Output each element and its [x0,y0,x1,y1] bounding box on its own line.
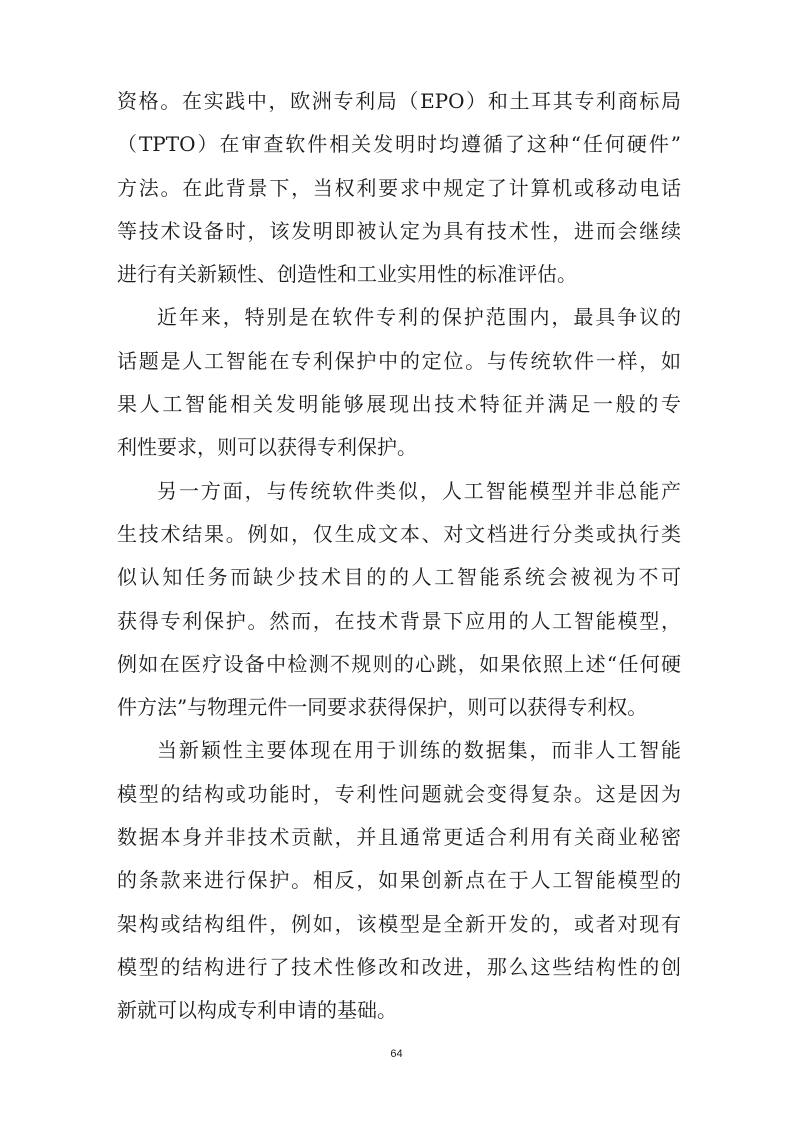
text-line: 例如在医疗设备中检测不规则的心跳，如果依照上述“任何硬 [117,643,681,686]
page-number: 64 [0,1048,793,1060]
text-line: 生技术结果。例如，仅生成文本、对文档进行分类或执行类 [117,513,681,556]
text-line: 近年来，特别是在软件专利的保护范围内，最具争议的 [117,296,681,339]
document-page: 资格。在实践中，欧洲专利局（EPO）和土耳其专利商标局 （TPTO）在审查软件相… [0,0,793,1122]
text-line: 架构或结构组件，例如，该模型是全新开发的，或者对现有 [117,903,681,946]
text-line: 利性要求，则可以获得专利保护。 [117,426,681,469]
text-line: 方法。在此背景下，当权利要求中规定了计算机或移动电话 [117,167,681,210]
text-line: 件方法”与物理元件一同要求获得保护，则可以获得专利权。 [117,686,681,729]
text-line: 新就可以构成专利申请的基础。 [117,989,681,1032]
text-line: 模型的结构进行了技术性修改和改进，那么这些结构性的创 [117,946,681,989]
text-line: 话题是人工智能在专利保护中的定位。与传统软件一样，如 [117,340,681,383]
text-line: 资格。在实践中，欧洲专利局（EPO）和土耳其专利商标局 [117,80,681,123]
text-line: 果人工智能相关发明能够展现出技术特征并满足一般的专 [117,383,681,426]
text-line: 获得专利保护。然而，在技术背景下应用的人工智能模型， [117,600,681,643]
paragraph-4: 当新颖性主要体现在用于训练的数据集，而非人工智能 模型的结构或功能时，专利性问题… [117,729,681,1032]
text-line: 进行有关新颖性、创造性和工业实用性的标准评估。 [117,253,681,296]
text-line: （TPTO）在审查软件相关发明时均遵循了这种“任何硬件” [117,123,681,166]
text-line: 数据本身并非技术贡献，并且通常更适合利用有关商业秘密 [117,816,681,859]
text-line: 当新颖性主要体现在用于训练的数据集，而非人工智能 [117,729,681,772]
text-line: 另一方面，与传统软件类似，人工智能模型并非总能产 [117,470,681,513]
paragraph-2: 近年来，特别是在软件专利的保护范围内，最具争议的 话题是人工智能在专利保护中的定… [117,296,681,469]
text-line: 等技术设备时，该发明即被认定为具有技术性，进而会继续 [117,210,681,253]
text-line: 模型的结构或功能时，专利性问题就会变得复杂。这是因为 [117,773,681,816]
paragraph-3: 另一方面，与传统软件类似，人工智能模型并非总能产 生技术结果。例如，仅生成文本、… [117,470,681,730]
text-line: 似认知任务而缺少技术目的的人工智能系统会被视为不可 [117,556,681,599]
paragraph-1: 资格。在实践中，欧洲专利局（EPO）和土耳其专利商标局 （TPTO）在审查软件相… [117,80,681,296]
body-text: 资格。在实践中，欧洲专利局（EPO）和土耳其专利商标局 （TPTO）在审查软件相… [117,80,681,1033]
text-line: 的条款来进行保护。相反，如果创新点在于人工智能模型的 [117,859,681,902]
